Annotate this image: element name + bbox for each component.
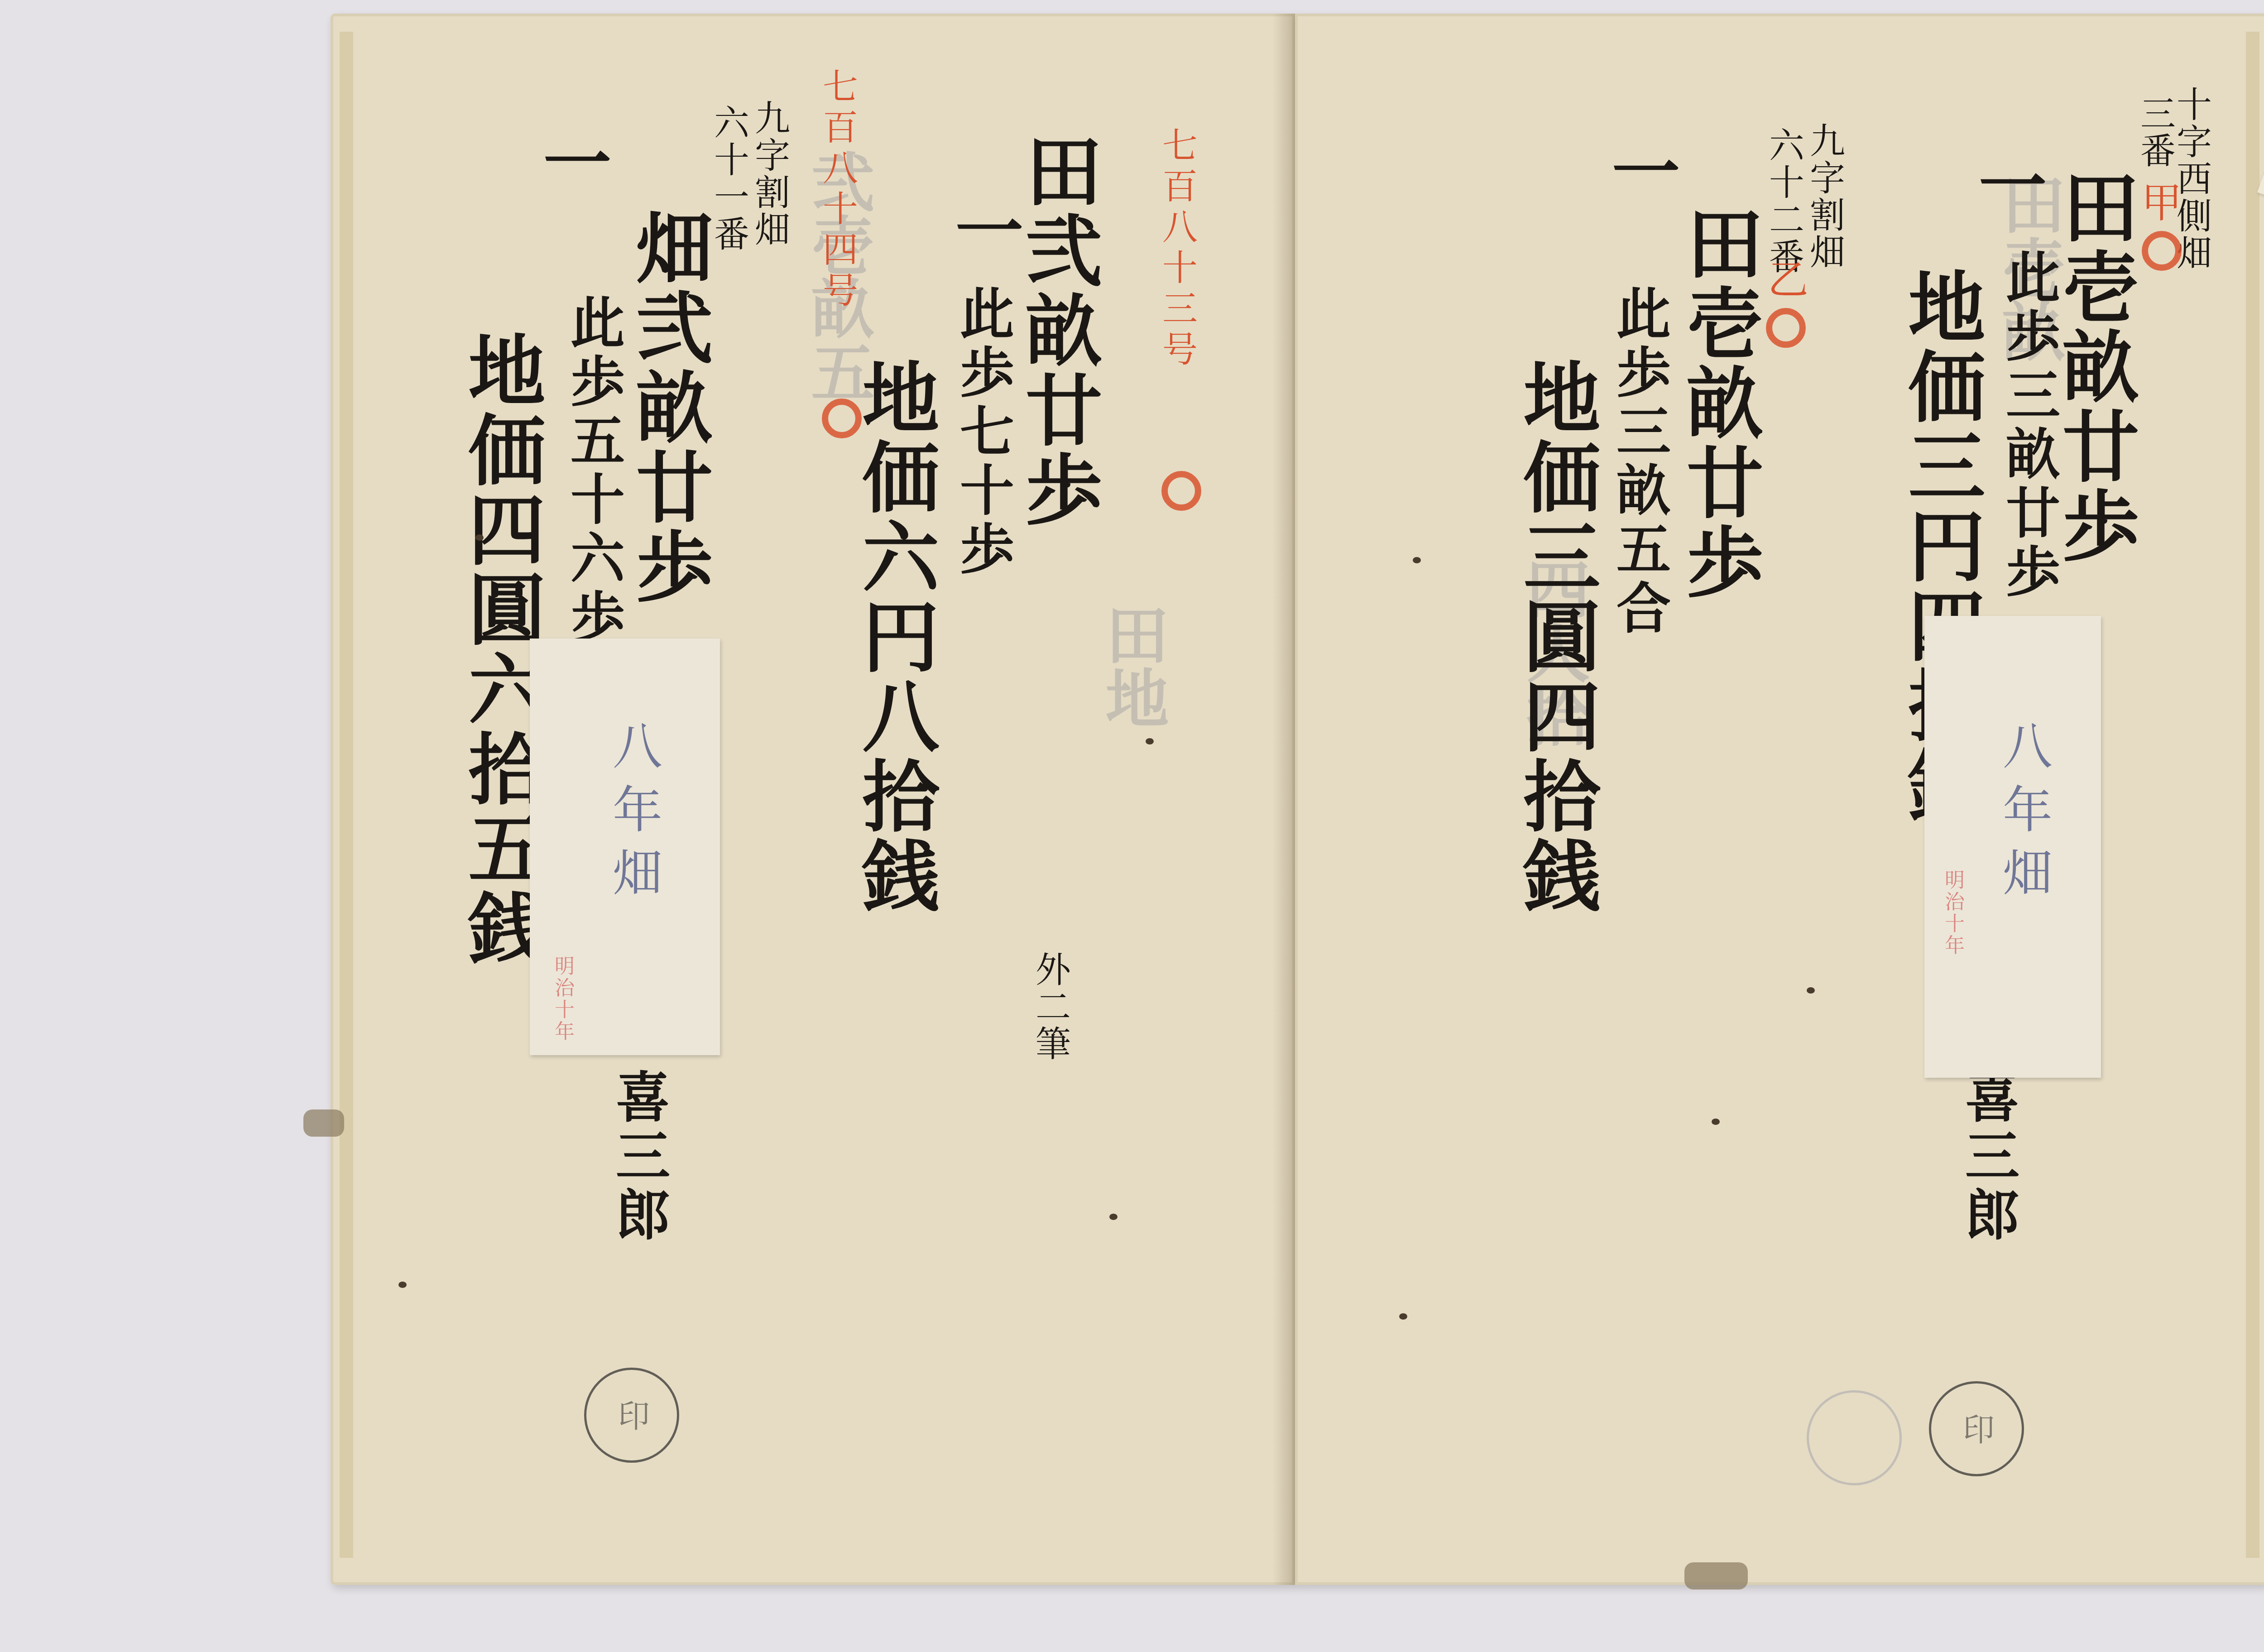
owner-seal: 印 [1929,1381,2024,1476]
owner-name: 喜三郎 [1961,1069,2015,1245]
entry-category: 畑弐畝廿歩 [629,208,706,607]
entry-value: 地価四圓六拾五銭 [462,331,539,968]
faded-seal [1807,1390,1902,1485]
page-edge [340,32,353,1558]
entry-marker: 一 [1979,131,2047,229]
slip-text: 八年畑 [598,720,669,910]
wormhole [398,1282,407,1288]
slip-red-note: 明治十年 [548,956,577,1042]
grade-mark-red: 乙 [1764,258,1804,304]
entry-header-line: 九字割畑 [1807,122,1842,271]
wormhole [1399,1313,1407,1320]
wormhole [1109,1214,1118,1220]
entry-area: 此歩三畝廿歩 [2001,249,2056,602]
slip-red-note: 明治十年 [1938,869,1967,956]
wormhole [475,534,484,541]
entry-header-line: 六十一番 [711,104,746,253]
left-page: 弐壱畝五 田地 七百八十三号 七百八十四号 一 田弐畝廿歩 此歩七十歩 地価六円… [331,14,1295,1585]
entry-area: 此歩七十歩 [955,285,1010,580]
entry-value: 地価六円八拾銭 [856,358,933,916]
wormhole [1413,557,1421,563]
right-page: 四人拾 田壱畝 十字西側畑 三番 甲 一 田壱畝廿歩 此歩三畝廿歩 地価三円四拾… [1295,14,2264,1585]
wormhole [1712,1119,1720,1125]
grade-mark-red: 甲 [2137,181,2178,227]
attached-paper-slip: 八年畑 明治十年 [530,639,720,1055]
attached-paper-slip: 八年畑 明治十年 [1924,616,2101,1078]
entry-marker: 一 [543,109,611,206]
owner-name: 喜三郎 [611,1069,666,1245]
entry-category: 田壱畝廿歩 [1680,204,1757,602]
entry-category: 田壱畝廿歩 [2056,168,2133,566]
entry-value: 地価三圓四拾銭 [1517,358,1594,916]
entry-header-line: 三番 [2137,95,2173,169]
entry-note: 外二筆 [1032,951,1068,1062]
torn-edge [1684,1562,1748,1590]
slip-text: 八年畑 [1988,720,2059,910]
red-lot-number: 七百八十三号 [1159,127,1194,371]
wormhole [1146,738,1154,744]
entry-category: 田弐畝廿歩 [1019,131,1096,530]
red-check-stamp [1161,471,1201,511]
page-edge [2246,32,2259,1558]
entry-area: 此歩五十六歩 [566,294,620,648]
open-ledger-book: 弐壱畝五 田地 七百八十三号 七百八十四号 一 田弐畝廿歩 此歩七十歩 地価六円… [331,14,2264,1585]
torn-edge [303,1109,344,1137]
bleed-through-text: 田地 [1100,602,1164,729]
owner-seal: 印 [584,1368,679,1463]
entry-marker: 一 [1612,118,1680,216]
red-check-stamp [1766,308,1806,348]
red-check-stamp [2142,231,2182,271]
entry-header-line: 九字割畑 [752,100,787,248]
wormhole [1807,987,1815,994]
entry-area: 此歩三畝五合 [1612,285,1666,639]
entry-header-line: 六十二番 [1766,127,1801,275]
red-lot-number: 七百八十四号 [820,68,855,312]
